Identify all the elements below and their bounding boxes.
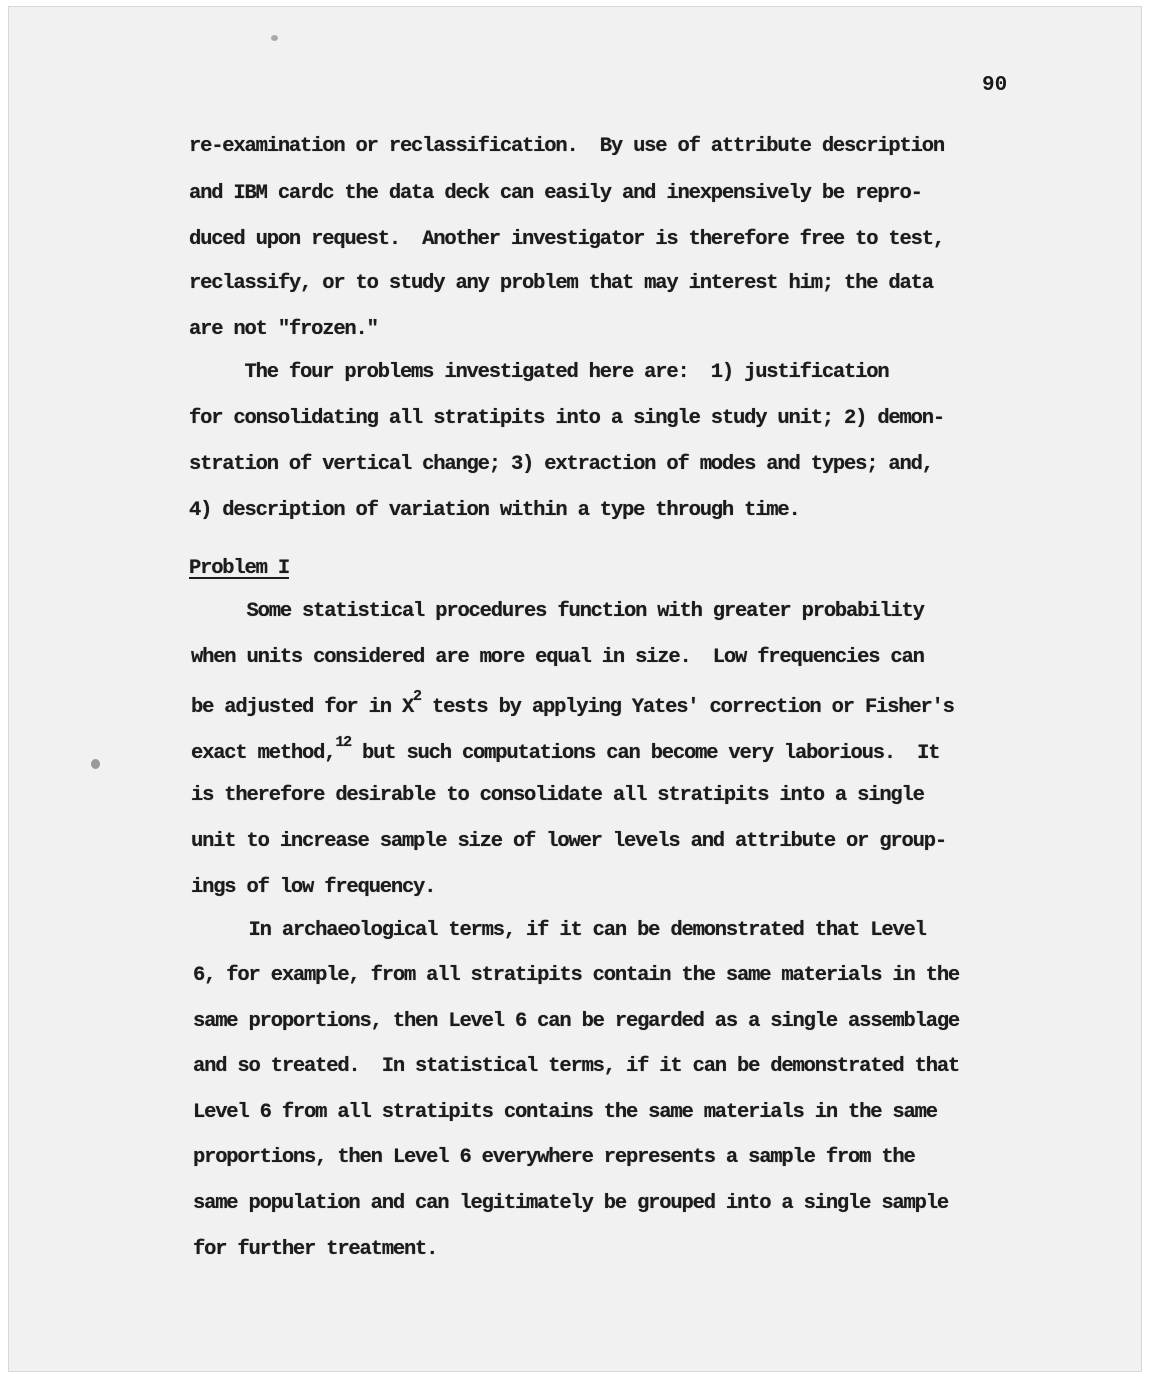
- text-line: Some statistical procedures function wit…: [191, 600, 924, 623]
- text-line: for further treatment.: [193, 1238, 437, 1261]
- text-line: Level 6 from all stratipits contains the…: [193, 1101, 937, 1124]
- text-line: reclassify, or to study any problem that…: [189, 272, 933, 295]
- text-line: for consolidating all stratipits into a …: [189, 407, 944, 430]
- section-heading: Problem I: [189, 557, 289, 580]
- text-line: 4) description of variation within a typ…: [189, 499, 800, 522]
- text-line: proportions, then Level 6 everywhere rep…: [193, 1146, 915, 1169]
- text-line-footnote: exact method,12 but such computations ca…: [191, 738, 939, 765]
- scan-speck: [271, 35, 278, 41]
- text-line: unit to increase sample size of lower le…: [191, 830, 946, 853]
- page-number: 90: [982, 74, 1007, 97]
- text-line: stration of vertical change; 3) extracti…: [189, 453, 933, 476]
- text-line: The four problems investigated here are:…: [189, 361, 888, 384]
- text-line: re-examination or reclassification. By u…: [189, 135, 944, 158]
- text-line: and so treated. In statistical terms, if…: [193, 1055, 959, 1078]
- text-fragment: but such computations can become very la…: [351, 742, 939, 765]
- text-fragment: tests by applying Yates' correction or F…: [421, 696, 954, 719]
- footnote-ref: 12: [335, 734, 351, 751]
- text-line: same population and can legitimately be …: [193, 1192, 948, 1215]
- text-line: is therefore desirable to consolidate al…: [191, 784, 924, 807]
- text-line: ings of low frequency.: [191, 876, 435, 899]
- scan-speck: [91, 759, 100, 769]
- text-fragment: exact method,: [191, 742, 335, 765]
- text-line: and IBM cardc the data deck can easily a…: [189, 182, 922, 205]
- text-line: In archaeological terms, if it can be de…: [193, 919, 926, 942]
- text-line: 6, for example, from all stratipits cont…: [193, 964, 959, 987]
- superscript: 2: [413, 688, 421, 705]
- text-line: are not "frozen.": [189, 318, 378, 341]
- text-line: when units considered are more equal in …: [191, 646, 924, 669]
- text-line: same proportions, then Level 6 can be re…: [193, 1010, 959, 1033]
- text-line-chi-square: be adjusted for in X2 tests by applying …: [191, 692, 954, 719]
- text-line: duced upon request. Another investigator…: [189, 228, 944, 251]
- text-fragment: be adjusted for in X: [191, 696, 413, 719]
